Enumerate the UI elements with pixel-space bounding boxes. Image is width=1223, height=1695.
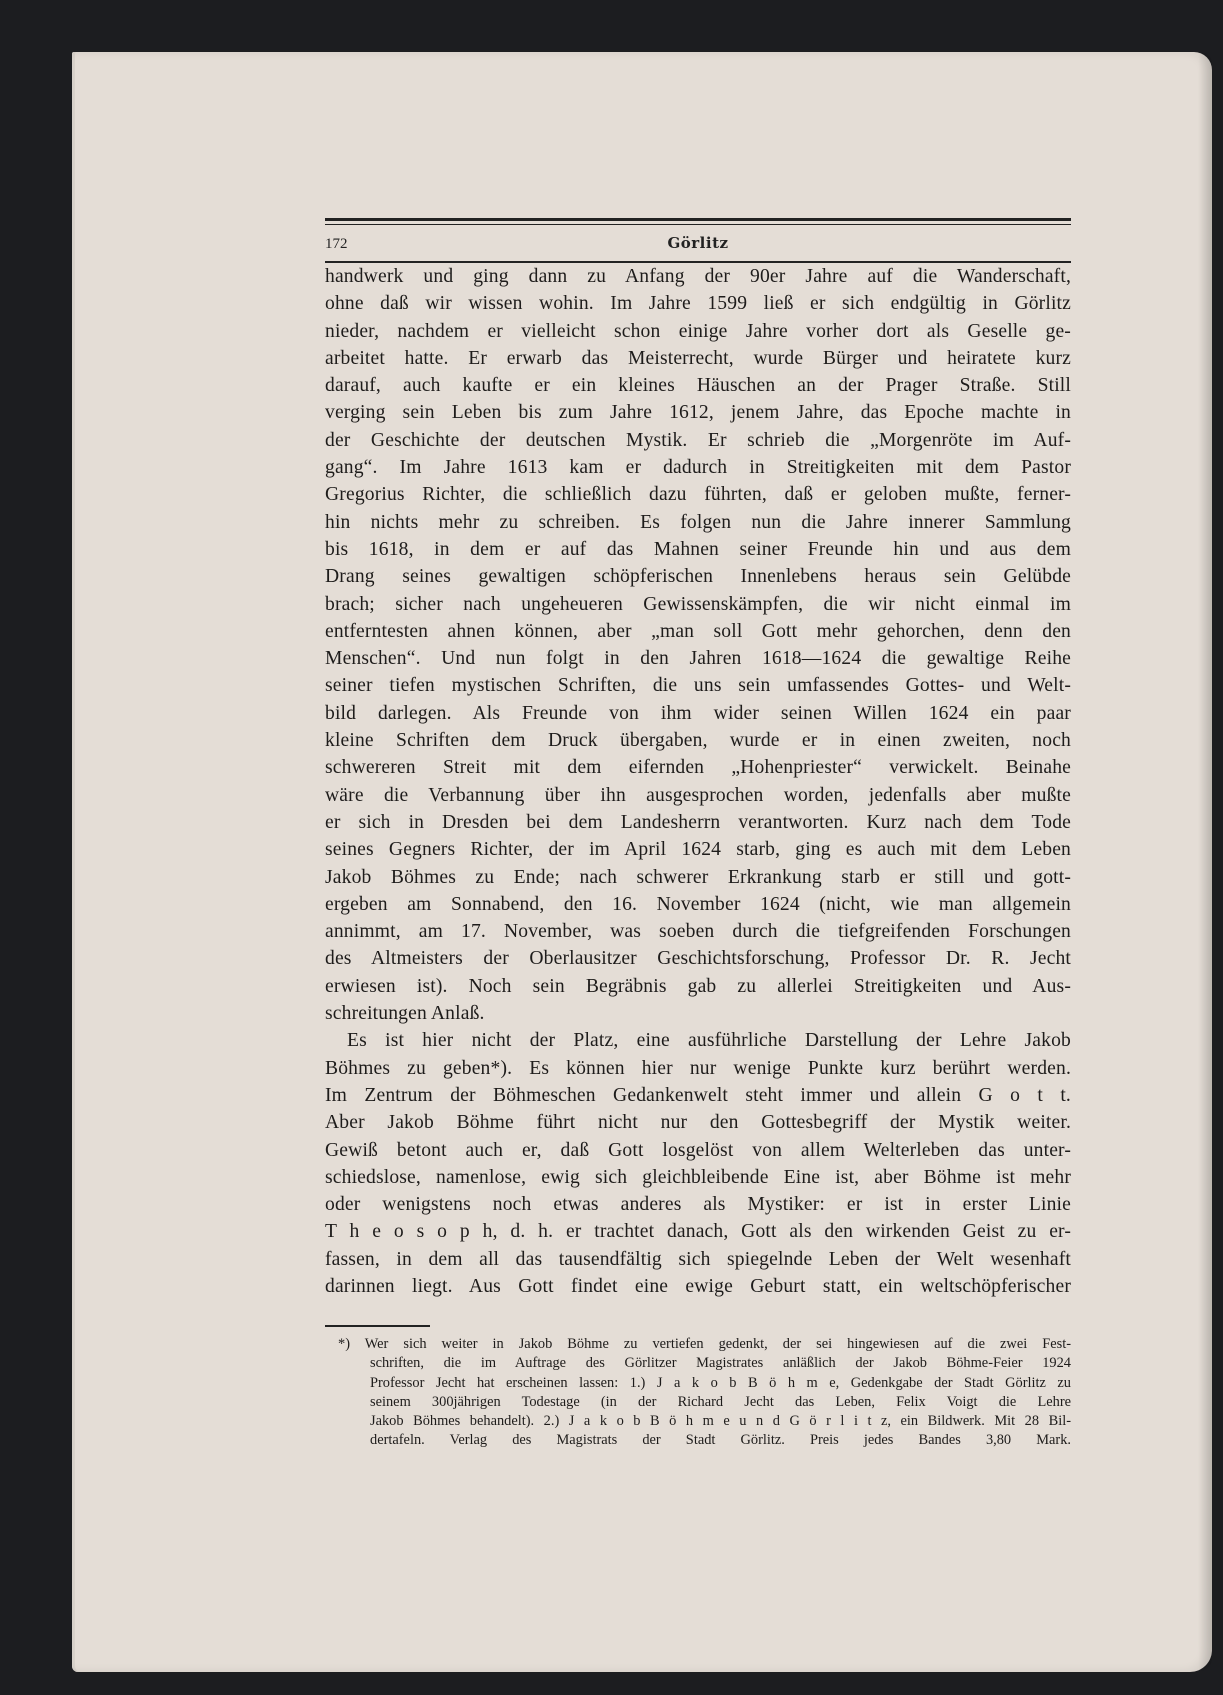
text-line: erwiesen ist). Noch sein Begräbnis gab z… — [325, 973, 1071, 1000]
footnote-line: schriften, die im Auftrage des Görlitzer… — [338, 1354, 1071, 1373]
text-line: Drang seines gewaltigen schöpferischen I… — [325, 563, 1071, 590]
text-line: Böhmes zu geben*). Es können hier nur we… — [325, 1055, 1071, 1082]
text-line: verging sein Leben bis zum Jahre 1612, j… — [325, 399, 1071, 426]
page-edge-shadow — [1198, 52, 1212, 1672]
text-line: oder wenigstens noch etwas anderes als M… — [325, 1191, 1071, 1218]
footnote-line: seinem 300jährigen Todestage (in der Ric… — [338, 1393, 1071, 1412]
footnote-line: dertafeln. Verlag des Magistrats der Sta… — [338, 1431, 1071, 1450]
text-line: fassen, in dem all das tausendfältig sic… — [325, 1246, 1071, 1273]
text-line-paragraph-end: schreitungen Anlaß. — [325, 1000, 1071, 1027]
text-line: Im Zentrum der Böhmeschen Gedankenwelt s… — [325, 1082, 1071, 1109]
text-line: T h e o s o p h, d. h. er trachtet danac… — [325, 1218, 1071, 1245]
text-line: hin nichts mehr zu schreiben. Es folgen … — [325, 509, 1071, 536]
footnote-line: Jakob Böhmes behandelt). 2.) J a k o b B… — [338, 1412, 1071, 1431]
text-line: annimmt, am 17. November, was soeben dur… — [325, 918, 1071, 945]
text-line: Gewiß betont auch er, daß Gott losgelöst… — [325, 1137, 1071, 1164]
text-line: schwereren Streit mit dem eifernden „Hoh… — [325, 754, 1071, 781]
text-line: Aber Jakob Böhme führt nicht nur den Got… — [325, 1109, 1071, 1136]
text-line: darauf, auch kaufte er ein kleines Häusc… — [325, 372, 1071, 399]
header-rule-thin — [325, 224, 1071, 225]
text-line: er sich in Dresden bei dem Landesherrn v… — [325, 809, 1071, 836]
body-text: handwerk und ging dann zu Anfang der 90e… — [325, 263, 1071, 1300]
footnote-line: Professor Jecht hat erscheinen lassen: 1… — [338, 1374, 1071, 1393]
text-line: ohne daß wir wissen wohin. Im Jahre 1599… — [325, 290, 1071, 317]
text-line: seiner tiefen mystischen Schriften, die … — [325, 672, 1071, 699]
running-head: Görlitz — [325, 234, 1071, 252]
text-line: bis 1618, in dem er auf das Mahnen seine… — [325, 536, 1071, 563]
text-line: nieder, nachdem er vielleicht schon eini… — [325, 318, 1071, 345]
header-rule-thick — [325, 218, 1071, 221]
text-line: darinnen liegt. Aus Gott findet eine ewi… — [325, 1273, 1071, 1300]
footnote-rule — [325, 1325, 430, 1327]
text-line: entferntesten ahnen können, aber „man so… — [325, 618, 1071, 645]
text-line: Menschen“. Und nun folgt in den Jahren 1… — [325, 645, 1071, 672]
text-line: arbeitet hatte. Er erwarb das Meisterrec… — [325, 345, 1071, 372]
text-line: handwerk und ging dann zu Anfang der 90e… — [325, 263, 1071, 290]
text-line: schiedslose, namenlose, ewig sich gleich… — [325, 1164, 1071, 1191]
text-line: ergeben am Sonnabend, den 16. November 1… — [325, 891, 1071, 918]
text-line: seines Gegners Richter, der im April 162… — [325, 836, 1071, 863]
text-line: kleine Schriften dem Druck übergaben, wu… — [325, 727, 1071, 754]
footnote: *) Wer sich weiter in Jakob Böhme zu ver… — [338, 1335, 1071, 1451]
text-line: wäre die Verbannung über ihn ausgesproch… — [325, 782, 1071, 809]
text-line-paragraph-start: Es ist hier nicht der Platz, eine ausfüh… — [325, 1027, 1071, 1054]
text-line: bild darlegen. Als Freunde von ihm wider… — [325, 700, 1071, 727]
text-line: der Geschichte der deutschen Mystik. Er … — [325, 427, 1071, 454]
text-line: brach; sicher nach ungeheueren Gewissens… — [325, 591, 1071, 618]
text-line: des Altmeisters der Oberlausitzer Geschi… — [325, 945, 1071, 972]
footnote-line: *) Wer sich weiter in Jakob Böhme zu ver… — [338, 1335, 1071, 1354]
text-line: Gregorius Richter, die schließlich dazu … — [325, 481, 1071, 508]
text-line: gang“. Im Jahre 1613 kam er dadurch in S… — [325, 454, 1071, 481]
text-line: Jakob Böhmes zu Ende; nach schwerer Erkr… — [325, 864, 1071, 891]
